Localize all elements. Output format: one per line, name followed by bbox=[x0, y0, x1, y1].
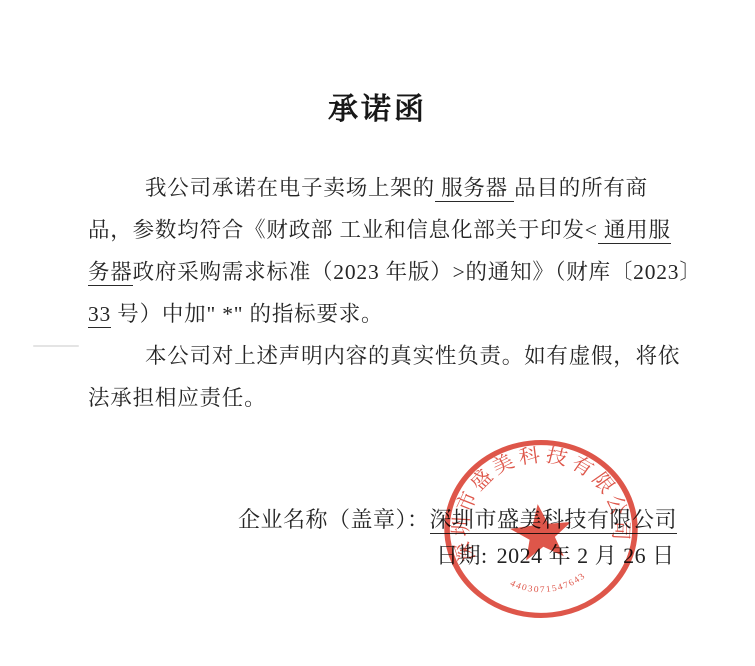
scanned-document-page: 承诺函 我公司承诺在电子卖场上架的 服务器 品目的所有商 品，参数均符合《财政部… bbox=[0, 0, 755, 666]
body-line-1: 我公司承诺在电子卖场上架的 服务器 品目的所有商 bbox=[88, 167, 674, 209]
document-body: 我公司承诺在电子卖场上架的 服务器 品目的所有商 品，参数均符合《财政部 工业和… bbox=[88, 167, 674, 419]
underlined-category-text: 服务器 bbox=[435, 176, 514, 202]
company-name-value: 深圳市盛美科技有限公司 bbox=[430, 507, 678, 534]
body-line-2: 品，参数均符合《财政部 工业和信息化部关于印发< 通用服 bbox=[88, 209, 674, 251]
body-text: 政府采购需求标准（2023 年版）>的通知》（财库〔2023〕 bbox=[133, 260, 702, 284]
body-line-6: 法承担相应责任。 bbox=[88, 377, 674, 419]
body-text: 号）中加" *" 的指标要求。 bbox=[111, 302, 383, 326]
underlined-text: 通用服 bbox=[598, 218, 671, 244]
body-text: 品目的所有商 bbox=[514, 176, 648, 200]
date-value: 2024 年 2 月 26 日 bbox=[497, 543, 675, 568]
company-name-label: 企业名称（盖章）： bbox=[238, 507, 430, 532]
seal-serial-number: 4403071547643 bbox=[508, 570, 590, 598]
date-label: 日期: bbox=[436, 543, 488, 568]
body-line-4: 33 号）中加" *" 的指标要求。 bbox=[88, 293, 674, 335]
body-text: 本公司对上述声明内容的真实性负责。如有虚假，将依 bbox=[145, 344, 680, 368]
body-line-3: 务器政府采购需求标准（2023 年版）>的通知》（财库〔2023〕 bbox=[88, 251, 674, 293]
underlined-number-text: 33 bbox=[88, 302, 111, 328]
signature-date-row: 日期:2024 年 2 月 26 日 bbox=[436, 539, 675, 570]
body-text: 我公司承诺在电子卖场上架的 bbox=[145, 176, 435, 200]
scan-artifact-line bbox=[33, 345, 79, 347]
underlined-text: 务器 bbox=[88, 260, 133, 286]
signature-company-row: 企业名称（盖章）：深圳市盛美科技有限公司 bbox=[238, 503, 677, 534]
body-text: 法承担相应责任。 bbox=[88, 386, 266, 410]
body-line-5: 本公司对上述声明内容的真实性负责。如有虚假，将依 bbox=[88, 335, 674, 377]
body-text: 品，参数均符合《财政部 工业和信息化部关于印发< bbox=[88, 218, 598, 242]
document-title: 承诺函 bbox=[0, 84, 755, 128]
